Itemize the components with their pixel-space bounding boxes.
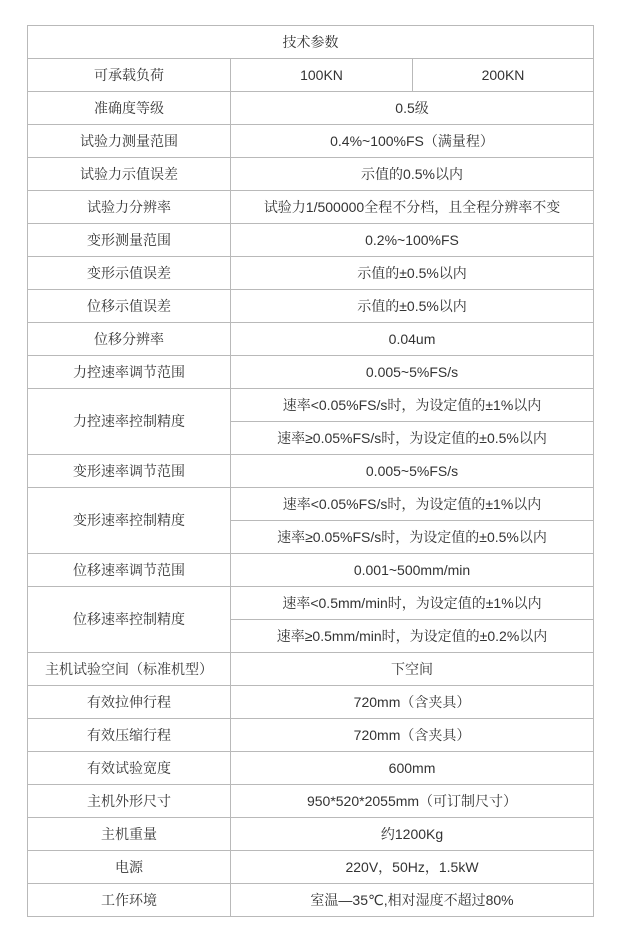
page: 技术参数 可承载负荷 100KN 200KN 准确度等级 0.5级 试验力测量范…: [0, 0, 618, 942]
table-row: 位移速率控制精度 速率<0.5mm/min时，为设定值的±1%以内: [28, 587, 594, 620]
spec-value: 720mm（含夹具）: [231, 686, 594, 719]
spec-value: 220V，50Hz，1.5kW: [231, 851, 594, 884]
spec-value: 速率≥0.05%FS/s时，为设定值的±0.5%以内: [231, 422, 594, 455]
table-title: 技术参数: [28, 26, 594, 59]
spec-value: 0.5级: [231, 92, 594, 125]
spec-value: 0.4%~100%FS（满量程）: [231, 125, 594, 158]
spec-label: 主机重量: [28, 818, 231, 851]
spec-value: 200KN: [413, 59, 594, 92]
table-row: 力控速率控制精度 速率<0.05%FS/s时，为设定值的±1%以内: [28, 389, 594, 422]
spec-value: 0.2%~100%FS: [231, 224, 594, 257]
spec-value: 速率<0.5mm/min时，为设定值的±1%以内: [231, 587, 594, 620]
table-row: 试验力分辨率 试验力1/500000全程不分档，且全程分辨率不变: [28, 191, 594, 224]
spec-label: 准确度等级: [28, 92, 231, 125]
table-row: 力控速率调节范围 0.005~5%FS/s: [28, 356, 594, 389]
spec-value: 速率<0.05%FS/s时，为设定值的±1%以内: [231, 389, 594, 422]
table-row: 变形示值误差 示值的±0.5%以内: [28, 257, 594, 290]
spec-table: 技术参数 可承载负荷 100KN 200KN 准确度等级 0.5级 试验力测量范…: [27, 25, 594, 917]
spec-value: 0.005~5%FS/s: [231, 455, 594, 488]
table-row: 位移示值误差 示值的±0.5%以内: [28, 290, 594, 323]
spec-label: 力控速率控制精度: [28, 389, 231, 455]
spec-value: 示值的0.5%以内: [231, 158, 594, 191]
table-row: 变形测量范围 0.2%~100%FS: [28, 224, 594, 257]
table-row: 有效拉伸行程 720mm（含夹具）: [28, 686, 594, 719]
spec-label: 变形测量范围: [28, 224, 231, 257]
table-row: 有效压缩行程 720mm（含夹具）: [28, 719, 594, 752]
table-row: 主机外形尺寸 950*520*2055mm（可订制尺寸）: [28, 785, 594, 818]
spec-label: 主机试验空间（标准机型）: [28, 653, 231, 686]
spec-value: 720mm（含夹具）: [231, 719, 594, 752]
table-row: 主机试验空间（标准机型） 下空间: [28, 653, 594, 686]
spec-value: 示值的±0.5%以内: [231, 257, 594, 290]
spec-label: 力控速率调节范围: [28, 356, 231, 389]
spec-label: 主机外形尺寸: [28, 785, 231, 818]
spec-value: 速率≥0.05%FS/s时，为设定值的±0.5%以内: [231, 521, 594, 554]
table-row: 可承载负荷 100KN 200KN: [28, 59, 594, 92]
table-row: 准确度等级 0.5级: [28, 92, 594, 125]
spec-value: 0.04um: [231, 323, 594, 356]
spec-label: 有效试验宽度: [28, 752, 231, 785]
table-row: 位移速率调节范围 0.001~500mm/min: [28, 554, 594, 587]
table-row: 变形速率调节范围 0.005~5%FS/s: [28, 455, 594, 488]
spec-label: 试验力分辨率: [28, 191, 231, 224]
table-row: 工作环境 室温—35℃,相对湿度不超过80%: [28, 884, 594, 917]
spec-label: 工作环境: [28, 884, 231, 917]
spec-label: 变形速率调节范围: [28, 455, 231, 488]
spec-label: 可承载负荷: [28, 59, 231, 92]
spec-label: 位移速率控制精度: [28, 587, 231, 653]
spec-label: 有效拉伸行程: [28, 686, 231, 719]
spec-label: 位移分辨率: [28, 323, 231, 356]
table-row: 位移分辨率 0.04um: [28, 323, 594, 356]
spec-value: 速率<0.05%FS/s时，为设定值的±1%以内: [231, 488, 594, 521]
spec-label: 有效压缩行程: [28, 719, 231, 752]
spec-label: 位移示值误差: [28, 290, 231, 323]
spec-label: 位移速率调节范围: [28, 554, 231, 587]
table-row: 变形速率控制精度 速率<0.05%FS/s时，为设定值的±1%以内: [28, 488, 594, 521]
spec-value: 950*520*2055mm（可订制尺寸）: [231, 785, 594, 818]
spec-label: 试验力测量范围: [28, 125, 231, 158]
spec-label: 电源: [28, 851, 231, 884]
spec-label: 变形示值误差: [28, 257, 231, 290]
spec-value: 速率≥0.5mm/min时，为设定值的±0.2%以内: [231, 620, 594, 653]
spec-label: 试验力示值误差: [28, 158, 231, 191]
table-row: 电源 220V，50Hz，1.5kW: [28, 851, 594, 884]
spec-value: 600mm: [231, 752, 594, 785]
table-row: 有效试验宽度 600mm: [28, 752, 594, 785]
spec-value: 0.005~5%FS/s: [231, 356, 594, 389]
table-title-row: 技术参数: [28, 26, 594, 59]
spec-value: 室温—35℃,相对湿度不超过80%: [231, 884, 594, 917]
spec-value: 约1200Kg: [231, 818, 594, 851]
table-row: 试验力测量范围 0.4%~100%FS（满量程）: [28, 125, 594, 158]
spec-label: 变形速率控制精度: [28, 488, 231, 554]
spec-value: 示值的±0.5%以内: [231, 290, 594, 323]
spec-value: 下空间: [231, 653, 594, 686]
spec-value: 试验力1/500000全程不分档，且全程分辨率不变: [231, 191, 594, 224]
table-row: 主机重量 约1200Kg: [28, 818, 594, 851]
spec-value: 100KN: [231, 59, 413, 92]
table-row: 试验力示值误差 示值的0.5%以内: [28, 158, 594, 191]
spec-value: 0.001~500mm/min: [231, 554, 594, 587]
